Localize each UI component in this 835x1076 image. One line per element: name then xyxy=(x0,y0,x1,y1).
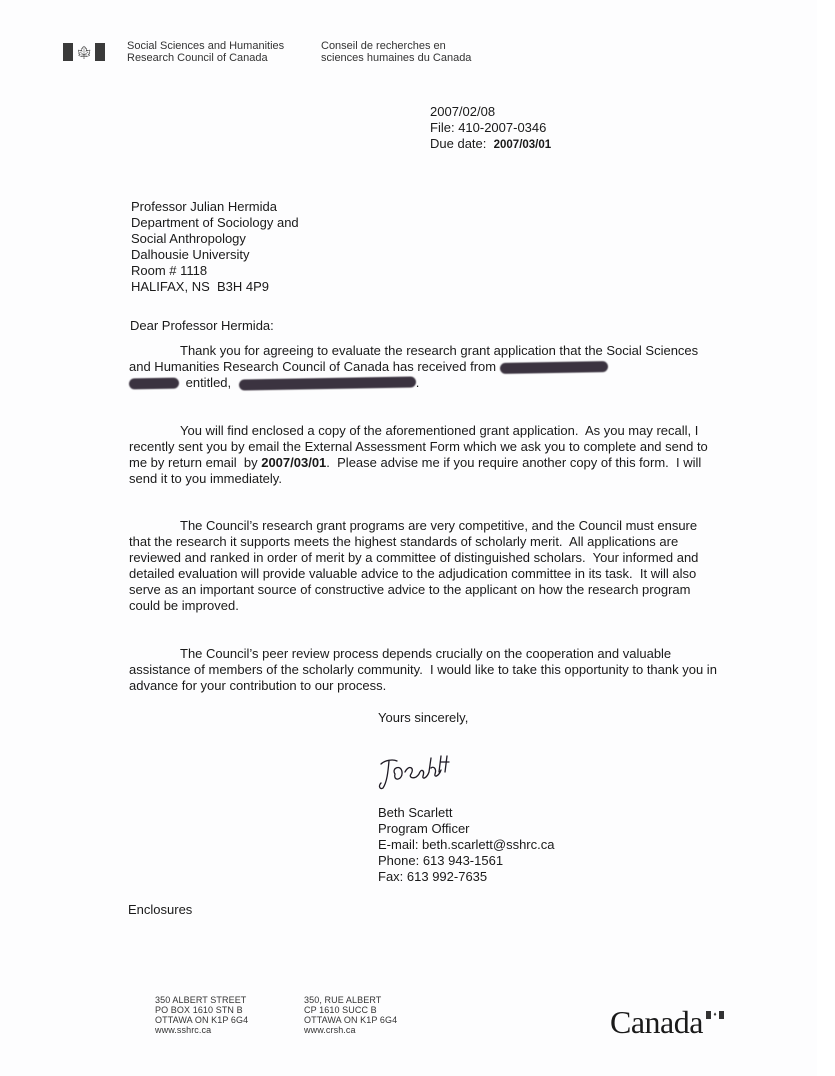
file-number: File: 410-2007-0346 xyxy=(430,120,551,136)
closing: Yours sincerely, xyxy=(378,710,468,725)
signatory-name: Beth Scarlett xyxy=(378,805,554,821)
redacted-application-title xyxy=(239,377,416,391)
paragraph-4: The Council’s peer review process depend… xyxy=(129,646,719,694)
redacted-applicant-name xyxy=(500,361,608,374)
recipient-address: Professor Julian Hermida Department of S… xyxy=(131,199,299,295)
canada-flag-icon: 🍁︎ xyxy=(63,43,105,61)
footer-address-english: 350 ALBERT STREET PO BOX 1610 STN B OTTA… xyxy=(155,995,248,1035)
paragraph-1: Thank you for agreeing to evaluate the r… xyxy=(129,343,719,391)
canada-wordmark: Canada xyxy=(610,1006,703,1038)
letterhead-french: Conseil de recherches en sciences humain… xyxy=(321,40,471,64)
letter-meta: 2007/02/08 File: 410-2007-0346 Due date:… xyxy=(430,104,551,153)
footer-address-french: 350, RUE ALBERT CP 1610 SUCC B OTTAWA ON… xyxy=(304,995,397,1035)
signatory-title: Program Officer xyxy=(378,821,554,837)
letterhead-english: Social Sciences and Humanities Research … xyxy=(127,40,284,64)
letter-page: 🍁︎ Social Sciences and Humanities Resear… xyxy=(0,0,817,1076)
letter-date: 2007/02/08 xyxy=(430,104,551,120)
salutation: Dear Professor Hermida: xyxy=(130,318,274,333)
signatory-phone: Phone: 613 943-1561 xyxy=(378,853,554,869)
handwritten-signature xyxy=(375,750,455,795)
paragraph-3: The Council’s research grant programs ar… xyxy=(129,518,719,614)
signatory-block: Beth Scarlett Program Officer E-mail: be… xyxy=(378,805,554,885)
signatory-fax: Fax: 613 992-7635 xyxy=(378,869,554,885)
signatory-email: E-mail: beth.scarlett@sshrc.ca xyxy=(378,837,554,853)
redacted-applicant-name-cont xyxy=(129,378,179,390)
due-date: Due date: 2007/03/01 xyxy=(430,136,551,153)
canada-wordmark-flag-icon: ♦ xyxy=(706,1011,724,1019)
enclosures-note: Enclosures xyxy=(128,902,192,917)
paragraph-2: You will find enclosed a copy of the afo… xyxy=(129,423,719,487)
